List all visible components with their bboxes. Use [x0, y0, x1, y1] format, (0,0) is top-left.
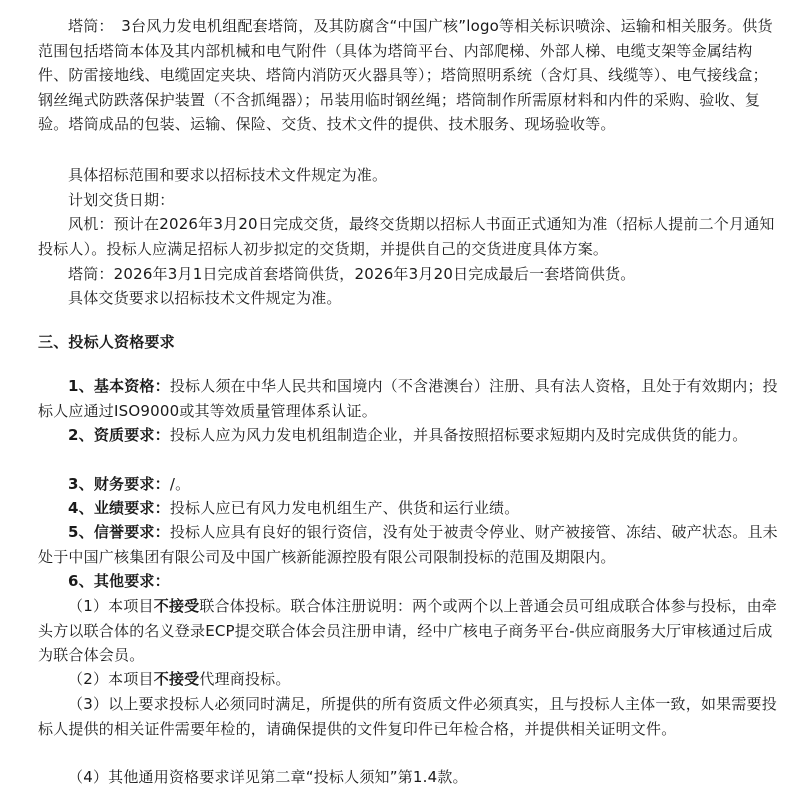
other-item-bold: 不接受	[154, 670, 200, 688]
requirement-label: 5、信誉要求：	[68, 523, 170, 541]
tower-scope-label: 塔筒：	[68, 17, 106, 35]
requirement-label: 1、基本资格：	[68, 377, 170, 395]
requirement-text: 投标人应已有风力发电机组生产、供货和运行业绩。	[170, 499, 520, 517]
requirement-performance: 4、业绩要求：投标人应已有风力发电机组生产、供货和运行业绩。	[38, 496, 778, 521]
requirement-label: 3、财务要求：	[68, 475, 170, 493]
requirement-finance: 3、财务要求：/。	[38, 472, 778, 497]
tower-scope-text: 3台风力发电机组配套塔筒，及其防腐含“中国广核”logo等相关标识喷涂、运输和相…	[38, 17, 773, 133]
other-item-3: （3）以上要求投标人必须同时满足，所提供的所有资质文件必须真实，且与投标人主体一…	[38, 692, 778, 741]
requirement-other: 6、其他要求：	[38, 569, 778, 594]
requirement-basic: 1、基本资格：投标人须在中华人民共和国境内（不含港澳台）注册、具有法人资格，且处…	[38, 374, 778, 423]
requirement-label: 4、业绩要求：	[68, 499, 170, 517]
requirement-text: 投标人应为风力发电机组制造企业，并具备按照招标要求短期内及时完成供货的能力。	[170, 426, 748, 444]
other-item-4: （4）其他通用资格要求详见第二章“投标人须知”第1.4款。	[38, 765, 778, 790]
delivery-tower: 塔筒：2026年3月1日完成首套塔筒供货，2026年3月20日完成最后一套塔筒供…	[38, 262, 778, 287]
other-item-2: （2）本项目不接受代理商投标。	[38, 667, 778, 692]
other-item-bold: 不接受	[154, 597, 200, 615]
requirement-label: 6、其他要求：	[68, 572, 170, 590]
delivery-turbine: 风机：预计在2026年3月20日完成交货，最终交货期以招标人书面正式通知为准（招…	[38, 212, 778, 261]
scope-note: 具体招标范围和要求以招标技术文件规定为准。	[38, 163, 778, 188]
requirement-text: /。	[170, 475, 190, 493]
other-item-text: （2）本项目	[68, 670, 154, 688]
other-item-text: 代理商投标。	[199, 670, 290, 688]
requirement-qualification: 2、资质要求：投标人应为风力发电机组制造企业，并具备按照招标要求短期内及时完成供…	[38, 423, 778, 448]
section3-title: 三、投标人资格要求	[38, 330, 778, 355]
delivery-heading: 计划交货日期：	[38, 188, 778, 213]
requirement-label: 2、资质要求：	[68, 426, 170, 444]
other-item-1: （1）本项目不接受联合体投标。联合体注册说明：两个或两个以上普通会员可组成联合体…	[38, 594, 778, 668]
tower-scope-paragraph: 塔筒： 3台风力发电机组配套塔筒，及其防腐含“中国广核”logo等相关标识喷涂、…	[38, 14, 778, 137]
delivery-note: 具体交货要求以招标技术文件规定为准。	[38, 286, 778, 311]
requirement-reputation: 5、信誉要求：投标人应具有良好的银行资信，没有处于被责令停业、财产被接管、冻结、…	[38, 520, 778, 569]
other-item-text: （1）本项目	[68, 597, 154, 615]
